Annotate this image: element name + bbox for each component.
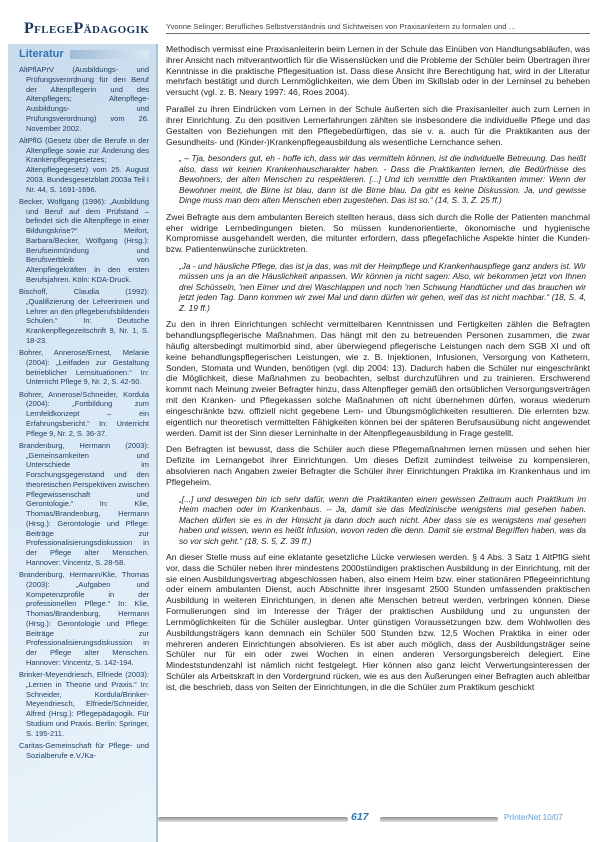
literature-sidebar: Literatur AltPflAPrV (Ausbildungs- und P…	[8, 44, 158, 842]
page-number: 617	[351, 811, 369, 823]
running-head: Yvonne Selinger: Berufliches Selbstverst…	[166, 22, 590, 34]
reference-entry: Brandenburg, Hermann/Klie, Thomas (2003)…	[19, 570, 149, 668]
reference-entry: Bohrer, Annerose/Ernest, Melanie (2004):…	[19, 348, 149, 387]
article-body: Methodisch vermisst eine Praxisanleiteri…	[166, 44, 590, 699]
reference-entry: Brinker-Meyendriesch, Elfriede (2003): „…	[19, 670, 149, 738]
paragraph: Parallel zu ihren Eindrücken vom Lernen …	[166, 104, 590, 147]
reference-entry: Caritas-Gemeinschaft für Pflege- und Soz…	[19, 741, 149, 761]
paragraph: An dieser Stelle muss auf eine eklatante…	[166, 552, 590, 693]
reference-list: AltPflAPrV (Ausbildungs- und Prüfungsver…	[19, 65, 149, 760]
reference-entry: AltPflAPrV (Ausbildungs- und Prüfungsver…	[19, 65, 149, 133]
paragraph: Zu den in ihren Einrichtungen schlecht v…	[166, 319, 590, 438]
interview-quote: „[...] und deswegen bin ich sehr dafür, …	[179, 494, 590, 546]
paragraph: Methodisch vermisst eine Praxisanleiteri…	[166, 44, 590, 98]
reference-entry: Brandenburg, Hermann (2003): „Gemeinsamk…	[19, 441, 149, 568]
journal-page: PflegePädagogik Yvonne Selinger: Berufli…	[0, 0, 595, 842]
journal-issue: PrInterNet 10/07	[504, 813, 563, 822]
literature-heading-row: Literatur	[19, 48, 149, 60]
reference-entry: Bischoff, Claudia (1992): „Qualifizierun…	[19, 287, 149, 346]
section-logo: PflegePädagogik	[24, 20, 158, 38]
reference-entry: Bohrer, Annerose/Schneider, Kordula (200…	[19, 390, 149, 439]
literature-heading: Literatur	[19, 48, 64, 60]
reference-entry: Becker, Wolfgang (1996): „Ausbildung und…	[19, 197, 149, 285]
paragraph: Zwei Befragte aus dem ambulanten Bereich…	[166, 212, 590, 255]
heading-rule	[70, 50, 149, 59]
paragraph: Den Befragten ist bewusst, dass die Schü…	[166, 444, 590, 487]
footer-rule-left	[158, 817, 348, 822]
interview-quote: „ – Tja, besonders gut, eh - hoffe ich, …	[179, 153, 590, 205]
footer-rule-right	[380, 817, 498, 822]
reference-entry: AltPflG (Gesetz über die Berufe in der A…	[19, 136, 149, 195]
interview-quote: „Ja - und häusliche Pflege, das ist ja d…	[179, 261, 590, 313]
